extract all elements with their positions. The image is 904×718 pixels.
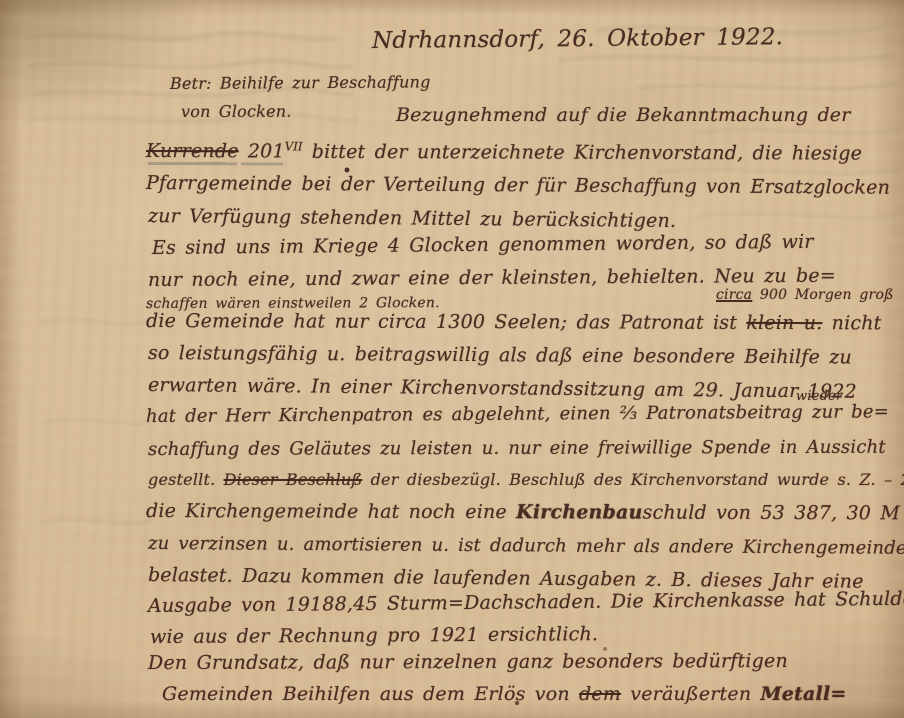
manuscript-text-segment: Den Grundsatz, daß nur einzelnen ganz be… <box>148 650 788 674</box>
manuscript-text-segment: von Glocken. <box>181 102 292 121</box>
manuscript-text-segment: die Kirchengemeinde hat noch eine <box>146 500 516 523</box>
body-line: Pfarrgemeinde bei der Verteilung der für… <box>146 172 890 199</box>
manuscript-text-segment: die Gemeinde hat nur circa 1300 Seelen; … <box>146 310 746 334</box>
body-line: zu verzinsen u. amortisieren u. ist dadu… <box>148 533 904 559</box>
manuscript-text-segment: so leistungsfähig u. beitragswillig als … <box>148 342 852 368</box>
manuscript-text-segment: 201 <box>239 141 285 163</box>
manuscript-text-segment: circa <box>716 287 752 303</box>
manuscript-text-segment: Kirchenbau <box>516 501 643 523</box>
manuscript-text-segment: bittet der unterzeichnete Kirchenvorstan… <box>303 141 863 165</box>
manuscript-text-segment: Dieser Beschluß <box>224 470 363 489</box>
manuscript-text-segment: nicht <box>822 312 881 334</box>
body-line: so leistungsfähig u. beitragswillig als … <box>148 342 852 368</box>
body-line: gestellt. Dieser Beschluß der diesbezügl… <box>148 470 904 489</box>
manuscript-text-segment: hat der Herr Kirchenpatron es abgelehnt,… <box>146 401 889 427</box>
manuscript-text-segment: klein u. <box>746 312 822 334</box>
body-line: die Kirchengemeinde hat noch eine Kirche… <box>146 500 900 524</box>
interlinear-insertion: circa 900 Morgen groß <box>716 287 894 303</box>
manuscript-text-segment: veräußerten <box>621 683 760 705</box>
body-line: Ausgabe von 19188,45 Sturm=Dachschaden. … <box>148 588 904 617</box>
manuscript-text-segment: Es sind uns im Kriege 4 Glocken genommen… <box>152 231 814 259</box>
body-line: erwarten wäre. In einer Kirchenvorstands… <box>148 374 857 403</box>
body-line: die Gemeinde hat nur circa 1300 Seelen; … <box>146 310 882 334</box>
manuscript-text-segment: VII <box>285 139 303 153</box>
body-line: Bezugnehmend auf die Bekanntmachung der <box>396 104 851 126</box>
manuscript-text-segment: Bezugnehmend auf die Bekanntmachung der <box>396 104 851 126</box>
subject-line-1: Betr: Beihilfe zur Beschaffung <box>170 72 431 93</box>
manuscript-text-segment: Ausgabe von 19188,45 Sturm=Dachschaden. … <box>148 588 904 617</box>
manuscript-text-segment: zu verzinsen u. amortisieren u. ist dadu… <box>148 533 904 559</box>
manuscript-text-segment: erwarten wäre. In einer Kirchenvorstands… <box>148 374 857 403</box>
manuscript-text-segment: Gemeinden Beihilfen aus dem Erlös von <box>162 683 579 705</box>
body-line: Kurrende 201VII bittet der unterzeichnet… <box>146 139 862 165</box>
body-line: hat der Herr Kirchenpatron es abgelehnt,… <box>146 401 889 427</box>
manuscript-text-segment: Ndrhannsdorf, 26. Oktober 1922. <box>372 24 783 54</box>
manuscript-text-segment: Pfarrgemeinde bei der Verteilung der für… <box>146 172 890 199</box>
body-line: schaffung des Geläutes zu leisten u. nur… <box>148 437 886 460</box>
manuscript-text-segment: schuld von 53 387, 30 M <box>643 502 901 525</box>
scanned-letter-page: Ndrhannsdorf, 26. Oktober 1922.Betr: Bei… <box>0 0 904 718</box>
manuscript-text-segment: Kurrende <box>146 140 239 162</box>
manuscript-text-segment: 900 Morgen groß <box>752 287 893 303</box>
manuscript-text-segment: Betr: Beihilfe zur Beschaffung <box>170 72 431 93</box>
manuscript-text-segment: der diesbezügl. Beschluß des Kirchenvors… <box>362 470 904 489</box>
manuscript-text-segment: gestellt. <box>148 470 224 489</box>
manuscript-text-segment: Metall= <box>761 683 847 705</box>
body-line: wie aus der Rechnung pro 1921 ersichtlic… <box>150 623 598 648</box>
subject-line-2: von Glocken. <box>181 102 292 121</box>
manuscript-text-layer: Ndrhannsdorf, 26. Oktober 1922.Betr: Bei… <box>0 0 904 718</box>
body-line: zur Verfügung stehenden Mittel zu berück… <box>148 205 676 232</box>
dateline: Ndrhannsdorf, 26. Oktober 1922. <box>372 24 783 54</box>
manuscript-text-segment: schaffung des Geläutes zu leisten u. nur… <box>148 437 886 460</box>
manuscript-text-segment: wie aus der Rechnung pro 1921 ersichtlic… <box>150 623 598 648</box>
body-line: Den Grundsatz, daß nur einzelnen ganz be… <box>148 650 788 674</box>
manuscript-text-segment: dem <box>579 683 621 705</box>
body-line: Gemeinden Beihilfen aus dem Erlös von de… <box>162 683 846 705</box>
body-line: Es sind uns im Kriege 4 Glocken genommen… <box>152 231 814 259</box>
manuscript-text-segment: zur Verfügung stehenden Mittel zu berück… <box>148 205 676 232</box>
